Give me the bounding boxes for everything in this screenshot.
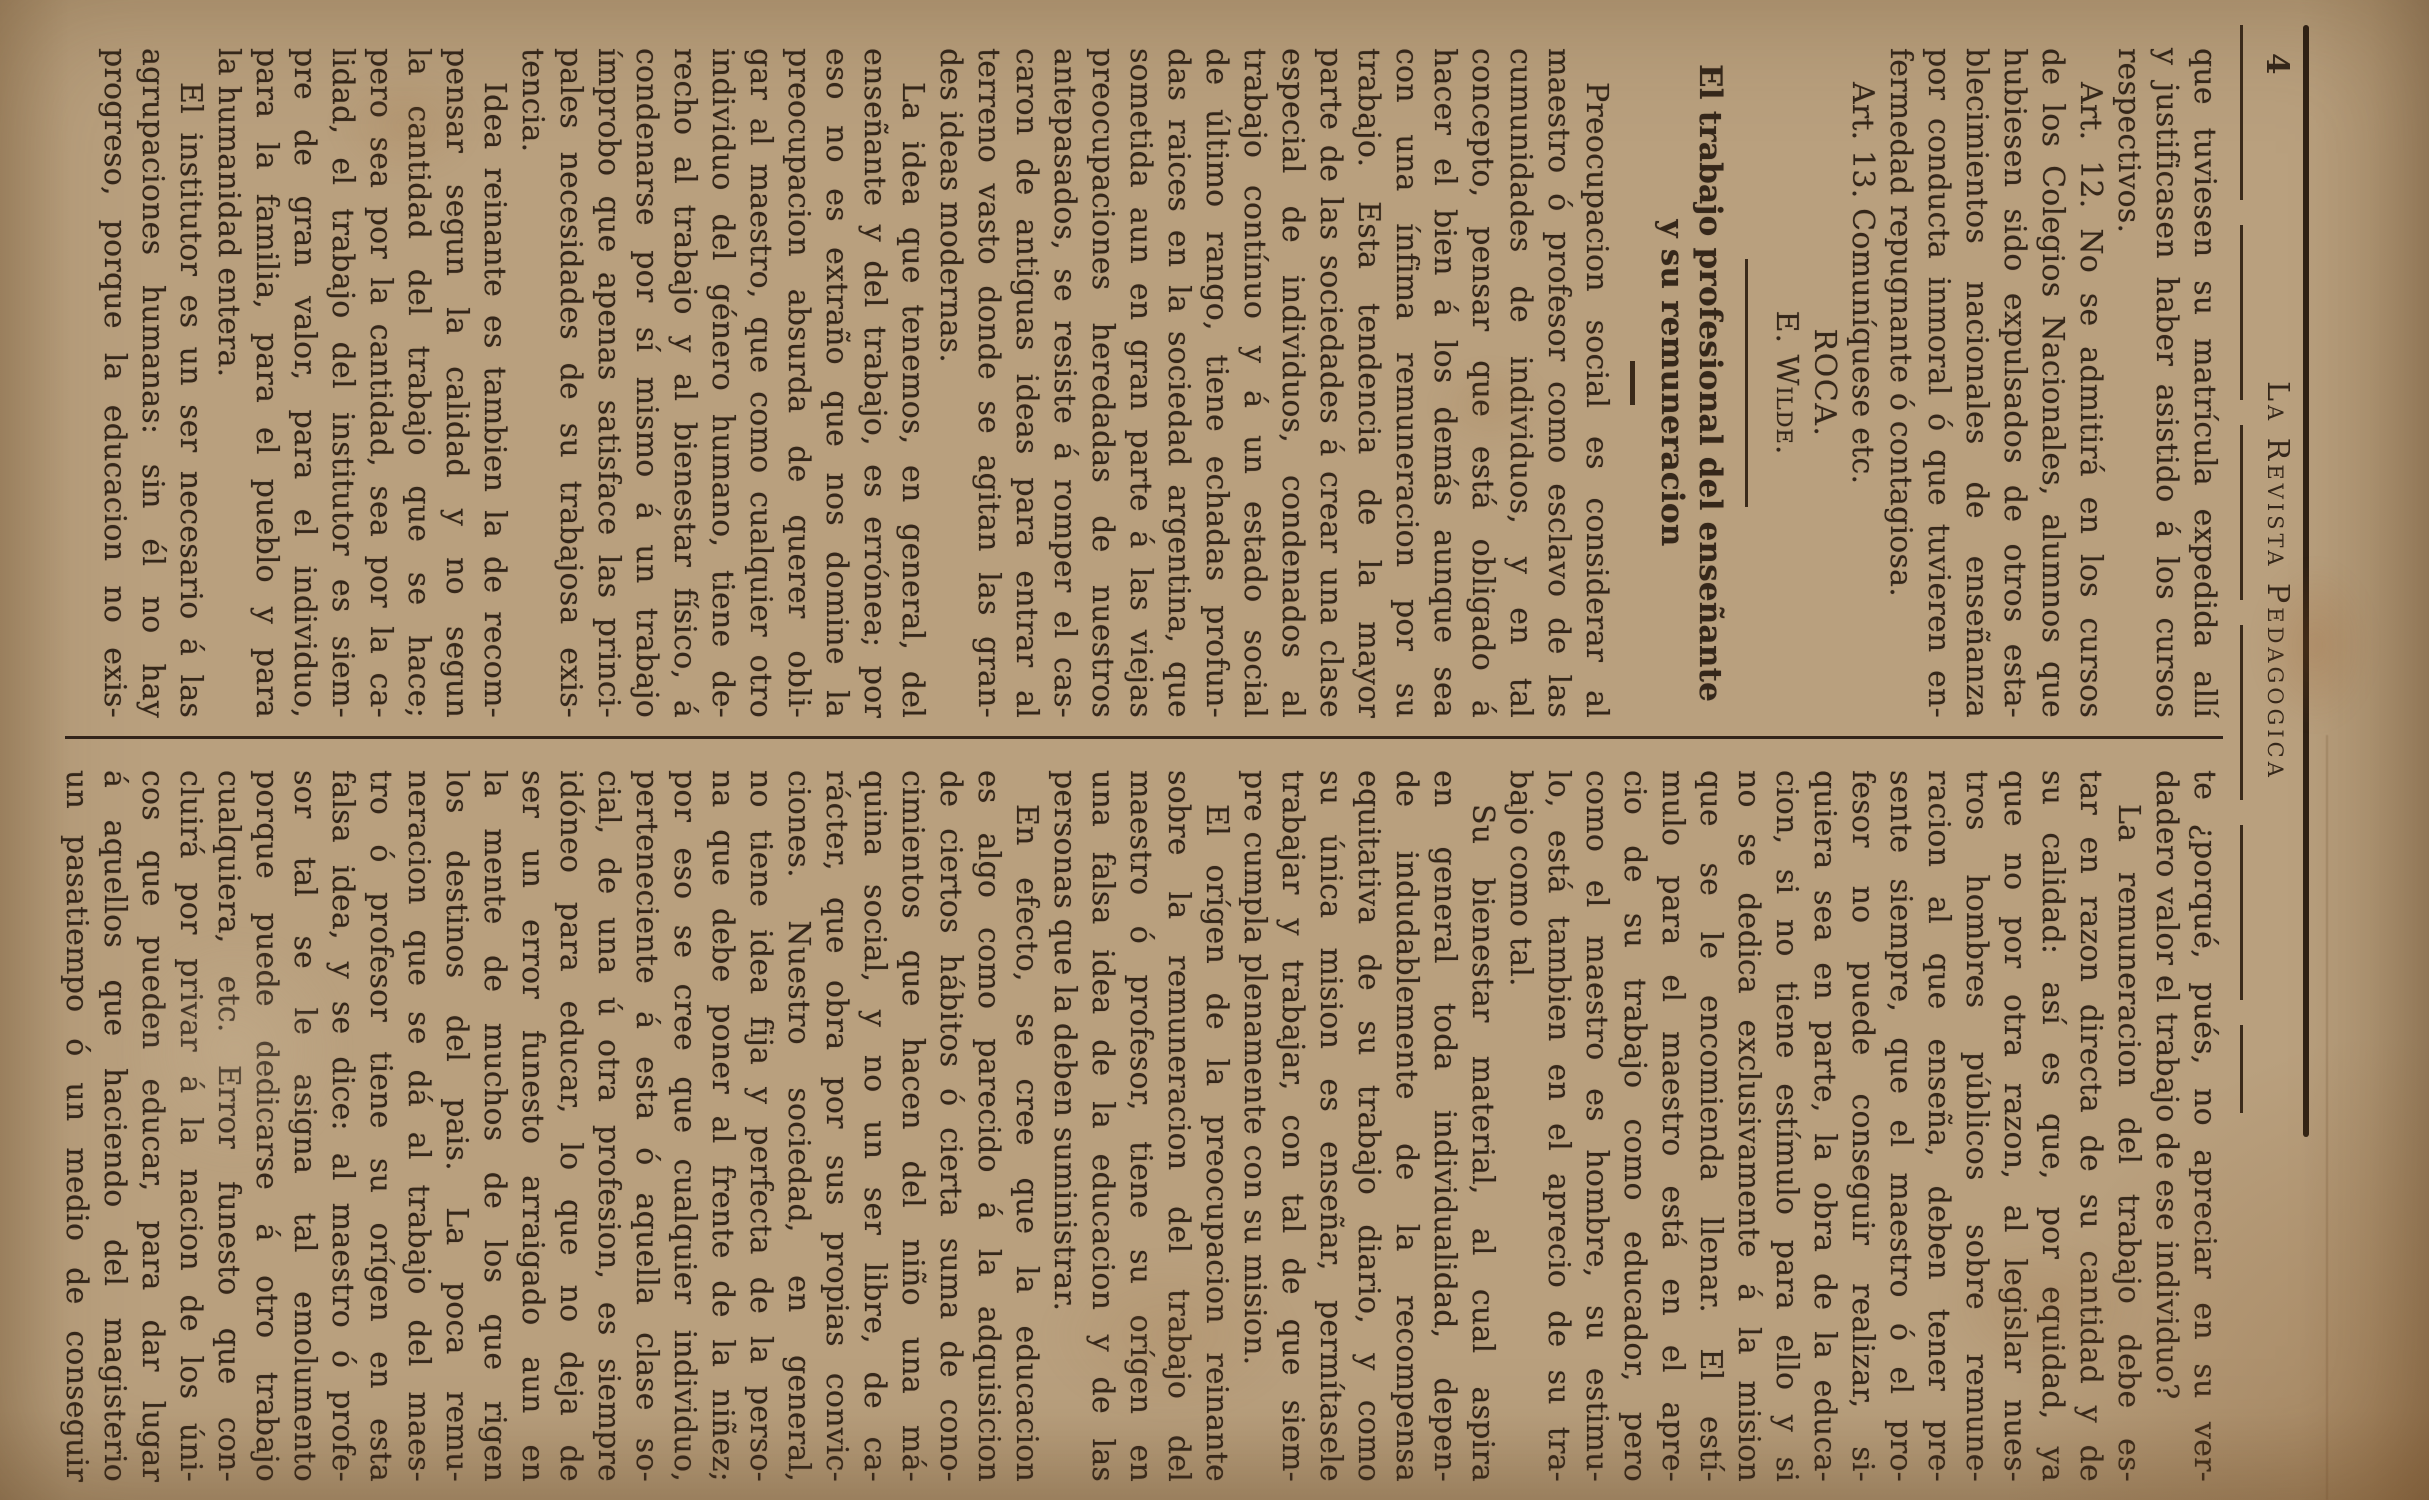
page-body: que tuviesen su matrícula expedida allíy… [57, 48, 2223, 1482]
text-line: no se dedica exclusivamente á la mision [1729, 770, 1767, 1482]
text-line: pre de gran valor, para el individuo, [285, 48, 323, 718]
text-line: pero sea por la cantidad, sea por la ca- [361, 48, 399, 718]
text-line: la mente de muchos de los que rigen [475, 770, 513, 1482]
text-line: bajo como tal. [1501, 770, 1539, 1482]
text-line: trabajo. Esta tendencia de la mayor [1349, 48, 1387, 718]
text-line: progreso, porque la educacion no exis- [95, 48, 133, 718]
text-line: pales necesidades de su trabajosa exis- [551, 48, 589, 718]
text-line: Idea reinante es tambien la de recom- [475, 48, 513, 718]
text-line: gar al maestro, que como cualquier otro [741, 48, 779, 718]
text-line: preocupaciones heredadas de nuestros [1083, 48, 1121, 718]
text-line: hacer el bien á los demás aunque sea [1425, 48, 1463, 718]
text-line: en general toda individualidad, depen- [1425, 770, 1463, 1482]
text-line: de último rango, tiene echadas profun- [1197, 48, 1235, 718]
text-line: una falsa idea de la educacion y de las [1083, 770, 1121, 1482]
text-line: cluirá por privar á la nacion de los úni… [171, 770, 209, 1482]
text-line: te ¿porqué, pués, no apreciar en su ver- [2185, 770, 2223, 1482]
text-line: racion al que enseña, deben tener pre- [1919, 770, 1957, 1482]
text-line: quiera sea en parte, la obra de la educa… [1805, 770, 1843, 1482]
text-line: Art. 12. No se admitirá en los cursos [2071, 48, 2109, 718]
short-rule [1746, 259, 1749, 507]
text-line: cualquiera, etc. Error funesto que con- [209, 770, 247, 1482]
text-line: Su bienestar material, al cual aspira [1463, 770, 1501, 1482]
text-line: un pasatiempo ó un medio de conseguir [57, 770, 95, 1482]
signature-line: ROCA. [1805, 48, 1843, 718]
text-line: trabajar y trabajar, con tal de que siem… [1273, 770, 1311, 1482]
journal-page: 4 La Revista Pedagogica que tuviesen su … [0, 0, 2429, 1500]
text-line: fermedad repugnante ó contagiosa. [1881, 48, 1919, 718]
journal-title: La Revista Pedagogica [2260, 25, 2295, 1137]
text-line: que no por otra razon, al legislar nues- [1995, 770, 2033, 1482]
text-line: respectivos. [2109, 48, 2147, 718]
text-line: individuo del género humano, tiene de- [703, 48, 741, 718]
text-line: maestro ó profesor como esclavo de las [1539, 48, 1577, 718]
text-line: no tiene idea fija y perfecta de la pers… [741, 770, 779, 1482]
text-line: El institutor es un ser necesario á las [171, 48, 209, 718]
text-line: falsa idea, y se dice: al maestro ó prof… [323, 770, 361, 1482]
text-line: preocupacion absurda de querer obli- [779, 48, 817, 718]
text-line: La remuneracion del trabajo debe es- [2109, 770, 2147, 1482]
text-line: Preocupacion social es considerar al [1577, 48, 1615, 718]
separator-rule-row [1729, 48, 1767, 718]
text-line: tro ó profesor tiene su orígen en esta [361, 770, 399, 1482]
text-line: neracion que se dá al trabajo del maes- [399, 770, 437, 1482]
text-line: es algo como parecido á la adquisicion [969, 770, 1007, 1482]
text-line: El orígen de la preocupacion reinante [1197, 770, 1235, 1482]
text-line: quina social, y no un ser libre, de ca- [855, 770, 893, 1482]
text-line: su única mision es enseñar, permítasele [1311, 770, 1349, 1482]
text-line: que tuviesen su matrícula expedida allí [2185, 48, 2223, 718]
text-line: concepto, pensar que está obligado á [1463, 48, 1501, 718]
text-line: maestro ó profesor, tiene su orígen en [1121, 770, 1159, 1482]
right-column: te ¿porqué, pués, no apreciar en su ver-… [57, 770, 2223, 1482]
text-line: Art. 13. Comuníquese etc. [1843, 48, 1881, 718]
text-line: La idea que tenemos, en general, del [893, 48, 931, 718]
text-line: su calidad: así es que, por equidad, ya [2033, 770, 2071, 1482]
text-line: das raices en la sociedad argentina, que [1159, 48, 1197, 718]
text-line: En efecto, se cree que la educacion [1007, 770, 1045, 1482]
em-dash-rule [1631, 361, 1636, 405]
text-line: de los Colegios Nacionales, alumnos que [2033, 48, 2071, 718]
text-line: la humanidad entera. [209, 48, 247, 718]
text-line: caron de antiguas ideas para entrar al [1007, 48, 1045, 718]
text-line: dadero valor el trabajo de ese individuo… [2147, 770, 2185, 1482]
text-line: por eso se cree que cualquier individuo, [665, 770, 703, 1482]
text-line: cio de su trabajo como educador, pero [1615, 770, 1653, 1482]
text-line: eso no es extraño que nos domine la [817, 48, 855, 718]
text-line: de indudablemente de la recompensa [1387, 770, 1425, 1482]
text-line: por conducta inmoral ó que tuvieren en- [1919, 48, 1957, 718]
article-title-line: y su remuneracion [1653, 48, 1691, 718]
text-line: trabajo contínuo y á un estado social [1235, 48, 1273, 718]
text-line: blecimientos nacionales de enseñanza [1957, 48, 1995, 718]
text-line: sobre la remuneracion del trabajo del [1159, 770, 1197, 1482]
signature-line: E. Wilde. [1767, 48, 1805, 718]
text-line: de ciertos hábitos ó cierta suma de cono… [931, 770, 969, 1482]
text-line: los destinos del pais. La poca remu- [437, 770, 475, 1482]
text-line: cumunidades de individuos, y en tal [1501, 48, 1539, 718]
text-line: tar en razon directa de su cantidad y de [2071, 770, 2109, 1482]
text-line: hubiesen sido expulsados de otros esta- [1995, 48, 2033, 718]
text-line: que se le encomienda llenar. El estí- [1691, 770, 1729, 1482]
text-line: á aquellos que haciendo del magisterio [95, 770, 133, 1482]
text-line: porque puede dedicarse á otro trabajo [247, 770, 285, 1482]
text-line: ciones. Nuestro sociedad, en general, [779, 770, 817, 1482]
text-line: la cantidad del trabajo que se hace; [399, 48, 437, 718]
text-line: cion, si no tiene estímulo para ello y s… [1767, 770, 1805, 1482]
text-line: idóneo para educar, lo que no deja de [551, 770, 589, 1482]
header-bottom-rule [2240, 25, 2243, 1113]
text-line: terreno vasto donde se agitan las gran- [969, 48, 1007, 718]
text-line: cial, de una ú otra profesion, es siempr… [589, 770, 627, 1482]
text-line: perteneciente á esta ó aquella clase so- [627, 770, 665, 1482]
text-line: y justificasen haber asistido á los curs… [2147, 48, 2185, 718]
left-column: que tuviesen su matrícula expedida allíy… [95, 48, 2223, 718]
text-line: na que debe poner al frente de la niñez; [703, 770, 741, 1482]
text-line: sometida aun en gran parte á las viejas [1121, 48, 1159, 718]
text-line: pre cumpla plenamente con su mision. [1235, 770, 1273, 1482]
text-line: como el maestro es hombre, su estimu- [1577, 770, 1615, 1482]
text-line: cimientos que hacen del niño una má- [893, 770, 931, 1482]
text-line: con una ínfima remuneracion por su [1387, 48, 1425, 718]
running-head: 4 La Revista Pedagogica [2249, 25, 2301, 1137]
show-through-line [2326, 735, 2328, 1500]
text-line: condenarse por sí mismo á un trabajo [627, 48, 665, 718]
text-line: antepasados, se resiste á romper el cas- [1045, 48, 1083, 718]
text-line: ímprobo que apenas satisface las princi- [589, 48, 627, 718]
text-line: tencia. [513, 48, 551, 718]
text-line: personas que la deben suministrar. [1045, 770, 1083, 1482]
text-line: lidad, el trabajo del institutor es siem… [323, 48, 361, 718]
text-line: equitativa de su trabajo diario, y como [1349, 770, 1387, 1482]
scanned-page-background: 4 La Revista Pedagogica que tuviesen su … [0, 0, 2429, 1500]
article-title-line: El trabajo profesional del enseñante [1691, 48, 1729, 718]
text-line: mulo para el maestro está en el apre- [1653, 770, 1691, 1482]
header-top-rule [2303, 25, 2309, 1137]
text-line: para la familia, para el pueblo y para [247, 48, 285, 718]
text-line: lo, está tambien en el aprecio de su tra… [1539, 770, 1577, 1482]
text-line: sente siempre, que el maestro ó el pro- [1881, 770, 1919, 1482]
text-line: agrupaciones humanas: sin él no hay [133, 48, 171, 718]
text-line: parte de las sociedades á crear una clas… [1311, 48, 1349, 718]
separator-dash-row [1615, 48, 1653, 718]
text-line: enseñante y del trabajo, es errónea; por [855, 48, 893, 718]
text-line: rácter, que obra por sus propias convic- [817, 770, 855, 1482]
text-line: especial de individuos, condenados al [1273, 48, 1311, 718]
text-line: ser un error funesto arraigado aun en [513, 770, 551, 1482]
text-line: tros hombres públicos sobre remune- [1957, 770, 1995, 1482]
text-line: recho al trabajo y al bienestar físico, … [665, 48, 703, 718]
text-line: pensar segun la calidad y no segun [437, 48, 475, 718]
column-divider-rule [65, 736, 2223, 739]
text-line: des ideas modernas. [931, 48, 969, 718]
text-line: sor tal se le asigna tal emolumento [285, 770, 323, 1482]
text-line: fesor no puede conseguir realizar, si- [1843, 770, 1881, 1482]
text-line: cos que pueden educar, para dar lugar [133, 770, 171, 1482]
